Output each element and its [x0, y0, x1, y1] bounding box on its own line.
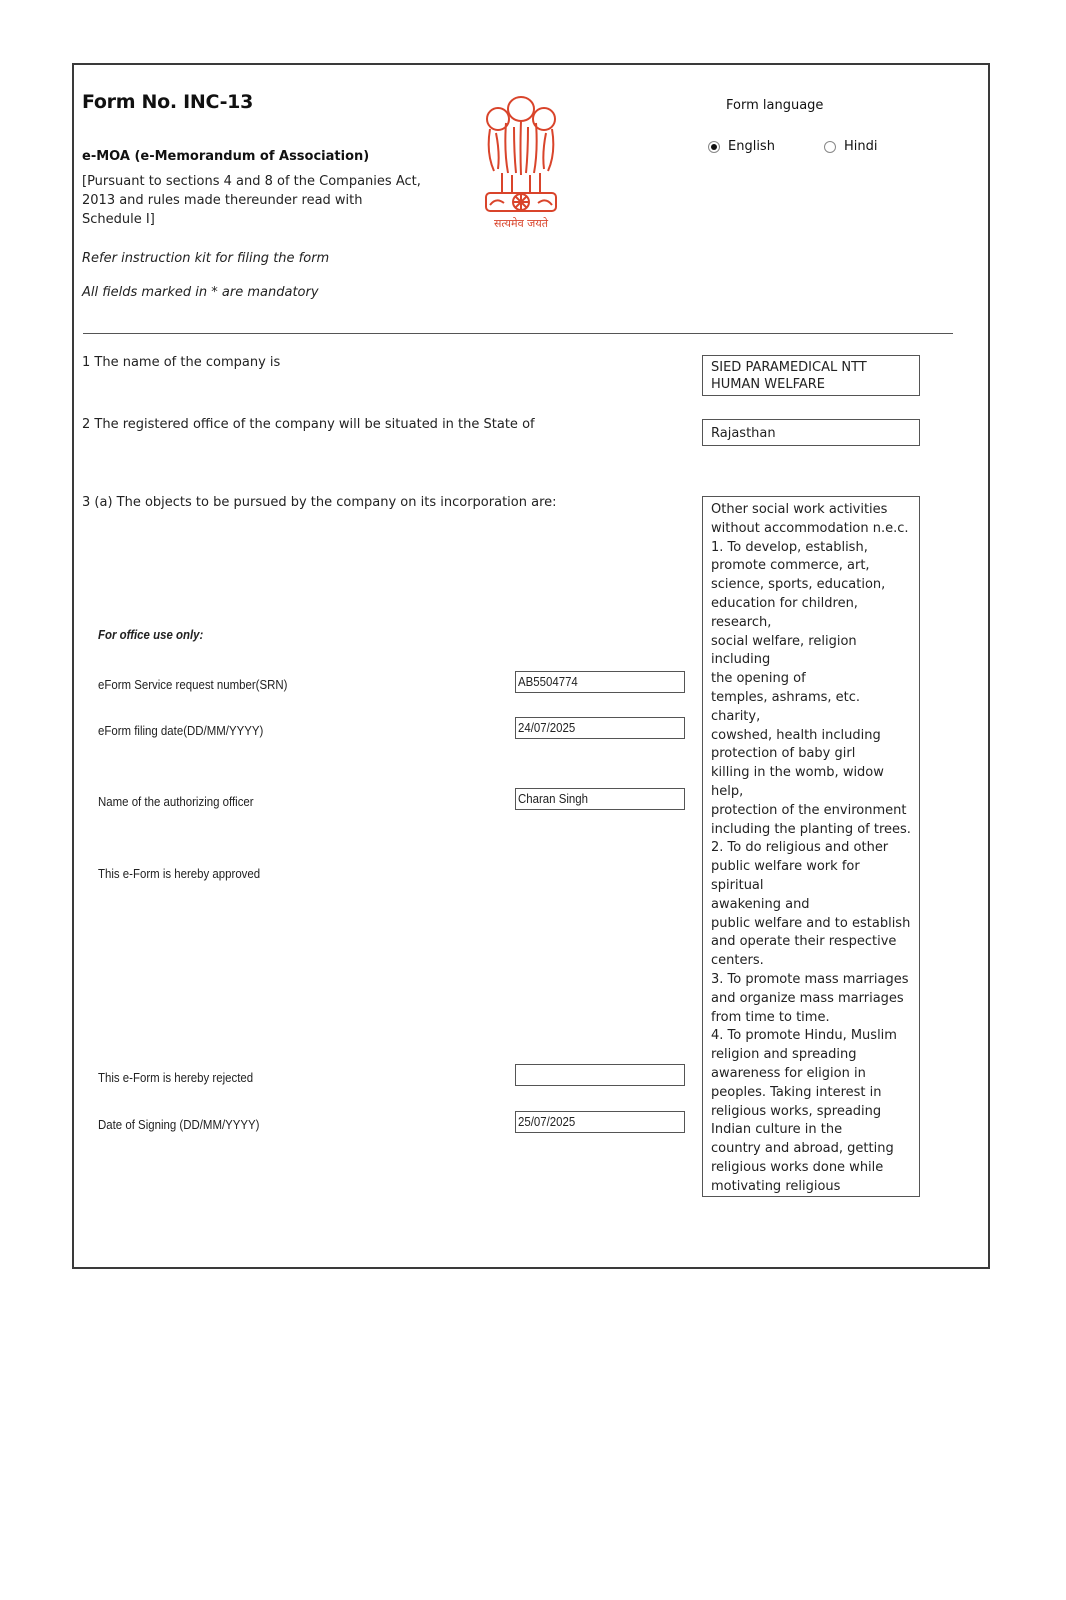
- srn-field[interactable]: AB5504774: [515, 671, 685, 693]
- form-number: Form No. INC-13: [82, 91, 253, 113]
- ashoka-emblem-icon: सत्यमेव जयते: [476, 93, 566, 233]
- company-name-label: 1 The name of the company is: [82, 355, 280, 370]
- office-use-heading: For office use only:: [98, 627, 203, 642]
- company-objects-label: 3 (a) The objects to be pursued by the c…: [82, 495, 557, 510]
- instruction-note: Refer instruction kit for filing the for…: [82, 251, 329, 266]
- national-emblem: सत्यमेव जयते: [476, 93, 566, 233]
- filing-date-label: eForm filing date(DD/MM/YYYY): [98, 723, 263, 738]
- language-option-label: Hindi: [844, 139, 878, 154]
- signing-date-field[interactable]: 25/07/2025: [515, 1111, 685, 1133]
- registered-office-state-field[interactable]: Rajasthan: [702, 419, 920, 446]
- pursuant-text: [Pursuant to sections 4 and 8 of the Com…: [82, 172, 442, 229]
- rejected-label: This e-Form is hereby rejected: [98, 1070, 253, 1085]
- filing-date-field[interactable]: 24/07/2025: [515, 717, 685, 739]
- language-radio-english[interactable]: English: [708, 139, 775, 154]
- approved-label: This e-Form is hereby approved: [98, 866, 260, 881]
- form-subtitle: e-MOA (e-Memorandum of Association): [82, 149, 369, 164]
- company-objects-field[interactable]: Other social work activities without acc…: [702, 496, 920, 1197]
- signing-date-label: Date of Signing (DD/MM/YYYY): [98, 1117, 259, 1132]
- header-divider: [83, 333, 953, 334]
- form-language-label: Form language: [726, 98, 823, 113]
- company-name-field[interactable]: SIED PARAMEDICAL NTT HUMAN WELFARE FOUND…: [702, 355, 920, 396]
- form-frame: Form No. INC-13 e-MOA (e-Memorandum of A…: [72, 63, 990, 1269]
- registered-office-state-label: 2 The registered office of the company w…: [82, 417, 535, 432]
- mandatory-note: All fields marked in * are mandatory: [82, 285, 319, 300]
- language-radio-hindi[interactable]: Hindi: [824, 139, 878, 154]
- authorizing-officer-label: Name of the authorizing officer: [98, 794, 254, 809]
- svg-text:सत्यमेव जयते: सत्यमेव जयते: [494, 217, 549, 230]
- srn-label: eForm Service request number(SRN): [98, 677, 287, 692]
- radio-selected-icon[interactable]: [708, 141, 720, 153]
- radio-unselected-icon[interactable]: [824, 141, 836, 153]
- rejected-field[interactable]: [515, 1064, 685, 1086]
- authorizing-officer-field[interactable]: Charan Singh: [515, 788, 685, 810]
- language-option-label: English: [728, 139, 775, 154]
